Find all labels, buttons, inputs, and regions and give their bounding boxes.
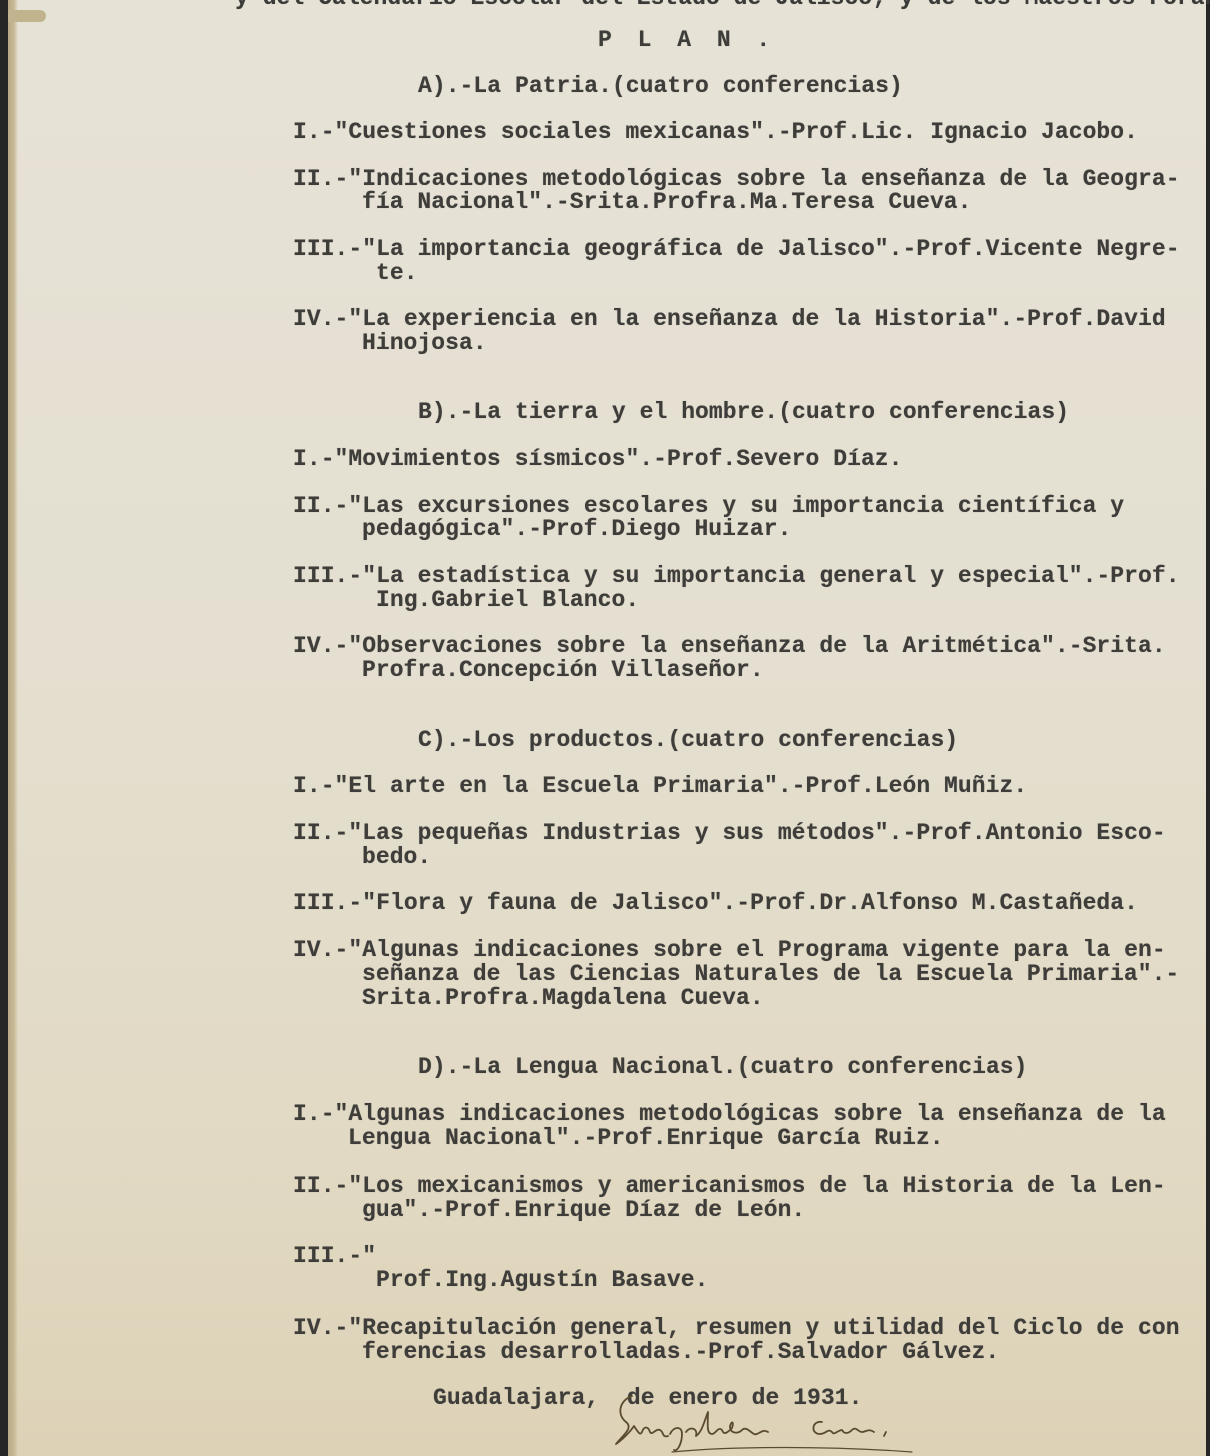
list-item-d1-cont: Lengua Nacional".-Prof.Enrique García Ru…	[348, 1126, 944, 1150]
list-item-b2: II.-"Las excursiones escolares y su impo…	[293, 494, 1124, 518]
paper-tab-notch	[8, 10, 46, 22]
list-item-d1: I.-"Algunas indicaciones metodológicas s…	[293, 1102, 1166, 1126]
list-item-c4: IV.-"Algunas indicaciones sobre el Progr…	[293, 938, 1166, 962]
list-item-b1: I.-"Movimientos sísmicos".-Prof.Severo D…	[293, 447, 903, 471]
page-title: P L A N .	[598, 28, 776, 52]
list-item-c2: II.-"Las pequeñas Industrias y sus métod…	[293, 821, 1166, 845]
paper-torn-edge	[8, 0, 18, 1456]
list-item-a2: II.-"Indicaciones metodológicas sobre la…	[293, 167, 1180, 191]
section-heading-d: D).-La Lengua Nacional.(cuatro conferenc…	[418, 1055, 1028, 1079]
list-item-b3: III.-"La estadística y su importancia ge…	[293, 564, 1180, 588]
section-heading-c: C).-Los productos.(cuatro conferencias)	[418, 728, 958, 752]
list-item-a3: III.-"La importancia geográfica de Jalis…	[293, 237, 1180, 261]
scan-border-left	[0, 0, 8, 1456]
list-item-d2-cont: gua".-Prof.Enrique Díaz de León.	[362, 1198, 805, 1222]
list-item-c2-cont: bedo.	[362, 845, 431, 869]
list-item-c4-cont2: Srita.Profra.Magdalena Cueva.	[362, 986, 764, 1010]
cut-off-top-line: y del Calendario Escolar del Estado de J…	[235, 0, 1210, 10]
list-item-c1: I.-"El arte en la Escuela Primaria".-Pro…	[293, 774, 1027, 798]
list-item-b2-cont: pedagógica".-Prof.Diego Huizar.	[362, 517, 791, 541]
list-item-b3-cont: Ing.Gabriel Blanco.	[376, 588, 639, 612]
section-heading-b: B).-La tierra y el hombre.(cuatro confer…	[418, 400, 1069, 424]
list-item-c3: III.-"Flora y fauna de Jalisco".-Prof.Dr…	[293, 891, 1138, 915]
list-item-d3-cont: Prof.Ing.Agustín Basave.	[376, 1268, 708, 1292]
list-item-b4-cont: Profra.Concepción Villaseñor.	[362, 658, 764, 682]
list-item-d4-cont: ferencias desarrolladas.-Prof.Salvador G…	[362, 1340, 999, 1364]
list-item-c4-cont: señanza de las Ciencias Naturales de la …	[362, 962, 1179, 986]
signature-handwriting-icon	[612, 1392, 952, 1456]
list-item-d2: II.-"Los mexicanismos y americanismos de…	[293, 1174, 1166, 1198]
list-item-a4-cont: Hinojosa.	[362, 331, 487, 355]
list-item-a3-cont: te.	[376, 261, 418, 285]
list-item-b4: IV.-"Observaciones sobre la enseñanza de…	[293, 634, 1166, 658]
section-heading-a: A).-La Patria.(cuatro conferencias)	[418, 74, 903, 98]
signature	[612, 1392, 952, 1456]
list-item-d3: III.-"	[293, 1244, 376, 1268]
list-item-d4: IV.-"Recapitulación general, resumen y u…	[293, 1316, 1180, 1340]
list-item-a1: I.-"Cuestiones sociales mexicanas".-Prof…	[293, 120, 1138, 144]
scan-border-right	[1206, 0, 1210, 1456]
list-item-a4: IV.-"La experiencia en la enseñanza de l…	[293, 307, 1166, 331]
list-item-a2-cont: fía Nacional".-Srita.Profra.Ma.Teresa Cu…	[362, 190, 972, 214]
